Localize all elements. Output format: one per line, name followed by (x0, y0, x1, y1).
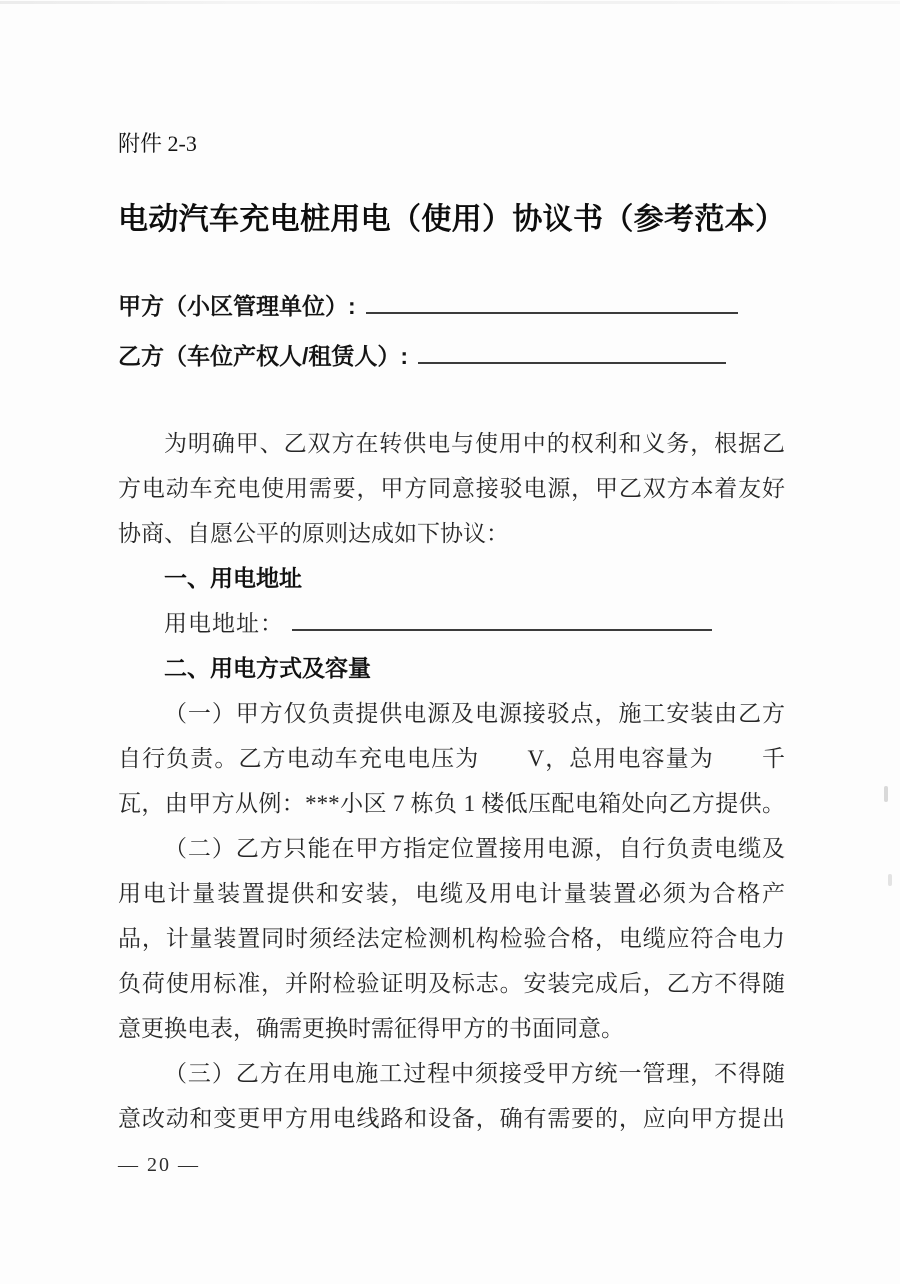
clause-2-line: 用电计量装置提供和安装，电缆及用电计量装置必须为合格产 (118, 871, 785, 916)
clause-3-line: （三）乙方在用电施工过程中须接受甲方统一管理，不得随 (118, 1051, 785, 1096)
clause-3-line: 意改动和变更甲方用电线路和设备，确有需要的，应向甲方提出 (118, 1096, 785, 1141)
clause-2-line: 负荷使用标准，并附检验证明及标志。安装完成后，乙方不得随 (118, 961, 785, 1006)
intro-line: 协商、自愿公平的原则达成如下协议： (118, 511, 785, 556)
clause-2-line: 品，计量装置同时须经法定检测机构检验合格，电缆应符合电力 (118, 916, 785, 961)
attachment-label: 附件 2-3 (118, 127, 197, 161)
intro-line: 方电动车充电使用需要，甲方同意接驳电源，甲乙双方本着友好 (118, 466, 785, 511)
clause-1-line: 自行负责。乙方电动车充电电压为 V，总用电容量为 千 (118, 736, 785, 781)
page-number: — 20 — (118, 1148, 200, 1182)
party-a-label: 甲方（小区管理单位）: (118, 293, 356, 319)
party-b-row: 乙方（车位产权人/租赁人）: (118, 331, 818, 381)
clause-1-line: 瓦，由甲方从例：***小区 7 栋负 1 楼低压配电箱处向乙方提供。 (118, 781, 785, 826)
party-a-blank-line (366, 312, 738, 314)
party-a-row: 甲方（小区管理单位）: (118, 281, 818, 331)
scan-artifact (884, 786, 888, 802)
address-row: 用电地址： (118, 601, 785, 646)
section-2-heading: 二、用电方式及容量 (118, 646, 785, 691)
scan-artifact (888, 874, 892, 886)
party-b-blank-line (418, 362, 726, 364)
scan-top-edge-artifact (0, 1, 900, 4)
clause-1-line: （一）甲方仅负责提供电源及电源接驳点，施工安装由乙方 (118, 691, 785, 736)
address-label: 用电地址： (164, 611, 284, 636)
clause-2-line: 意更换电表，确需更换时需征得甲方的书面同意。 (118, 1006, 785, 1051)
document-title: 电动汽车充电桩用电（使用）协议书（参考范本） (118, 196, 785, 244)
party-b-label: 乙方（车位产权人/租赁人）: (118, 343, 408, 369)
clause-2-line: （二）乙方只能在甲方指定位置接用电源，自行负责电缆及 (118, 826, 785, 871)
address-blank-line (292, 629, 712, 631)
document-body: 为明确甲、乙双方在转供电与使用中的权利和义务，根据乙 方电动车充电使用需要，甲方… (118, 421, 785, 1141)
section-1-heading: 一、用电地址 (118, 556, 785, 601)
intro-line: 为明确甲、乙双方在转供电与使用中的权利和义务，根据乙 (118, 421, 785, 466)
